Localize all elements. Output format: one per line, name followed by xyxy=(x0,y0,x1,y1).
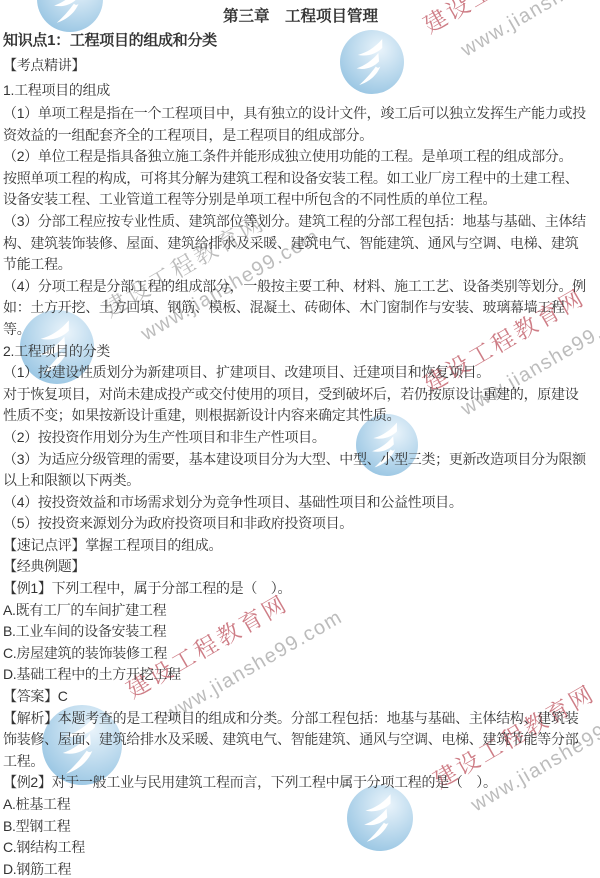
text-line: 按照单项工程的构成，可将其分解为建筑工程和设备安装工程。如工业厂房工程中的土建工… xyxy=(3,168,598,190)
text-line: （4）按投资效益和市场需求划分为竞争性项目、基础性项目和公益性项目。 xyxy=(3,492,598,514)
text-line: A.桩基工程 xyxy=(3,794,598,816)
text-line: 【例2】对于一般工业与民用建筑工程而言，下列工程中属于分项工程的是（ ）。 xyxy=(3,772,598,794)
text-line: D.基础工程中的土方开挖工程 xyxy=(3,664,598,686)
text-line: （5）按投资来源划分为政府投资项目和非政府投资项目。 xyxy=(3,513,598,535)
text-line: 如：土方开挖、土方回填、钢筋、模板、混凝土、砖砌体、木门窗制作与安装、玻璃幕墙工… xyxy=(3,297,598,319)
text-line: D.钢筋工程 xyxy=(3,859,598,878)
text-line: 【考点精讲】 xyxy=(3,53,598,78)
text-line: A.既有工厂的车间扩建工程 xyxy=(3,600,598,622)
document-page: 建设工程教育网 www.jianshe99.com 建设工程教育网 www.ji… xyxy=(0,0,600,878)
text-line: （1）按建设性质划分为新建项目、扩建项目、改建项目、迁建项目和恢复项目。 xyxy=(3,362,598,384)
text-line: 【经典例题】 xyxy=(3,556,598,578)
text-line: B.工业车间的设备安装工程 xyxy=(3,621,598,643)
text-line: 2.工程项目的分类 xyxy=(3,341,598,363)
text-line: C.房屋建筑的装饰装修工程 xyxy=(3,643,598,665)
text-line: （3）分部工程应按专业性质、建筑部位等划分。建筑工程的分部工程包括：地基与基础、… xyxy=(3,211,598,233)
document-content: 第三章 工程项目管理 知识点1：工程项目的组成和分类【考点精讲】1.工程项目的组… xyxy=(0,0,600,878)
text-line: 以上和限额以下两类。 xyxy=(3,470,598,492)
page-title: 第三章 工程项目管理 xyxy=(3,6,598,28)
text-line: 构、建筑装饰装修、屋面、建筑给排水及采暖、建筑电气、智能建筑、通风与空调、电梯、… xyxy=(3,233,598,255)
text-line: 饰装修、屋面、建筑给排水及采暖、建筑电气、智能建筑、通风与空调、电梯、建筑节能等… xyxy=(3,729,598,751)
text-line: B.型钢工程 xyxy=(3,816,598,838)
text-line: 工程。 xyxy=(3,751,598,773)
text-line: C.钢结构工程 xyxy=(3,837,598,859)
text-line: 性质不变；如果按新设计重建，则根据新设计内容来确定其性质。 xyxy=(3,405,598,427)
text-line: 设备安装工程、工业管道工程等分别是单项工程中所包含的不同性质的单位工程。 xyxy=(3,189,598,211)
text-line: 1.工程项目的组成 xyxy=(3,78,598,103)
text-line: （2）单位工程是指具备独立施工条件并能形成独立使用功能的工程。是单项工程的组成部… xyxy=(3,146,598,168)
text-line: （3）为适应分级管理的需要，基本建设项目分为大型、中型、小型三类；更新改造项目分… xyxy=(3,449,598,471)
text-line: （4）分项工程是分部工程的组成部分，一般按主要工种、材料、施工工艺、设备类别等划… xyxy=(3,276,598,298)
text-line: 【答案】C xyxy=(3,686,598,708)
text-line: 对于恢复项目，对尚未建成投产或交付使用的项目，受到破坏后，若仍按原设计重建的，原… xyxy=(3,384,598,406)
text-line: （2）按投资作用划分为生产性项目和非生产性项目。 xyxy=(3,427,598,449)
text-line: （1）单项工程是指在一个工程项目中，具有独立的设计文件，竣工后可以独立发挥生产能… xyxy=(3,103,598,125)
text-line: 【例1】下列工程中，属于分部工程的是（ ）。 xyxy=(3,578,598,600)
text-line: 【速记点评】掌握工程项目的组成。 xyxy=(3,535,598,557)
text-line: 知识点1：工程项目的组成和分类 xyxy=(3,28,598,53)
text-line: 资效益的一组配套齐全的工程项目，是工程项目的组成部分。 xyxy=(3,125,598,147)
content-lines: 知识点1：工程项目的组成和分类【考点精讲】1.工程项目的组成（1）单项工程是指在… xyxy=(3,28,598,878)
text-line: 等。 xyxy=(3,319,598,341)
text-line: 【解析】本题考查的是工程项目的组成和分类。分部工程包括：地基与基础、主体结构、建… xyxy=(3,708,598,730)
text-line: 节能工程。 xyxy=(3,254,598,276)
